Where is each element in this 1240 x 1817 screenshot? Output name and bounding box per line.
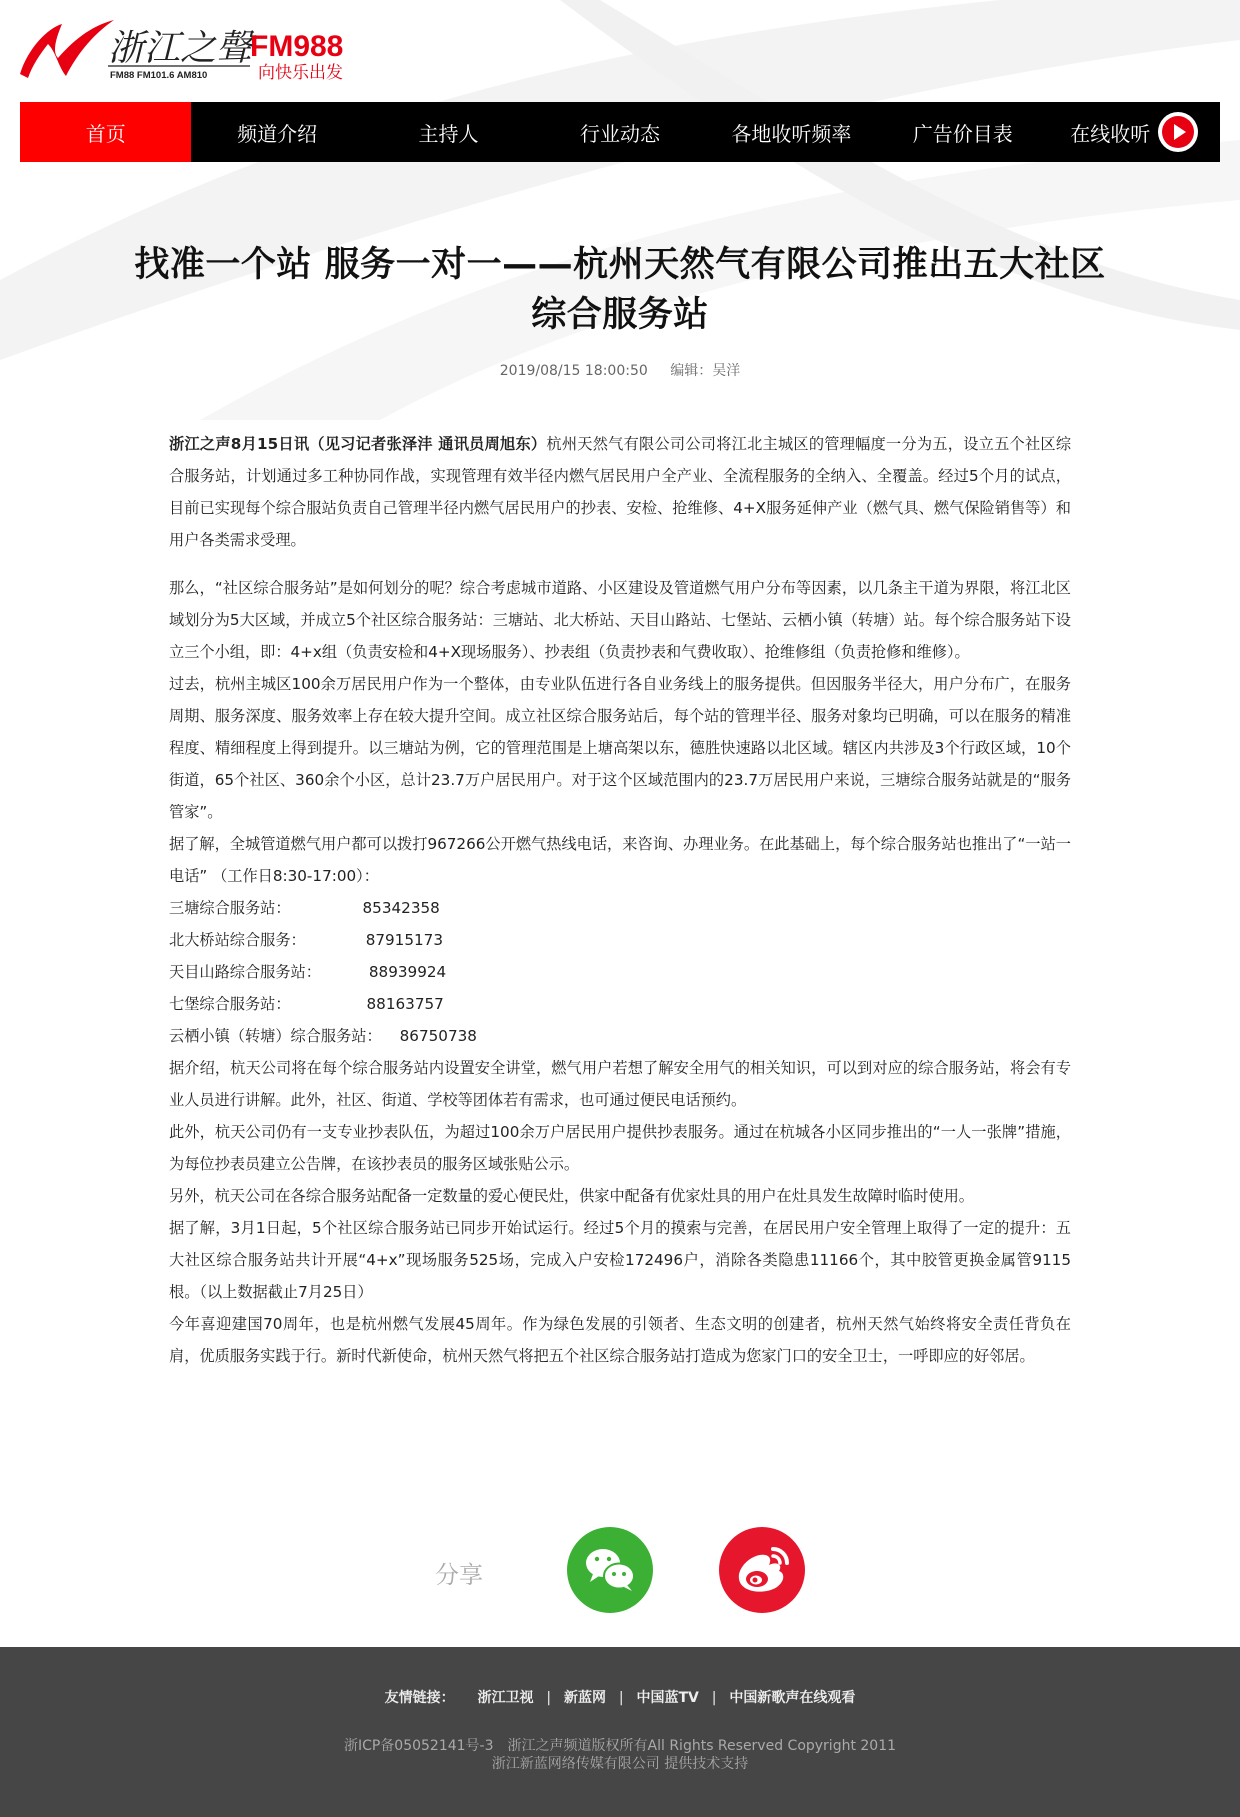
nav-item-industry-news[interactable]: 行业动态 bbox=[534, 102, 705, 162]
station-name: 云栖小镇（转塘）综合服务站： bbox=[169, 1020, 382, 1052]
paragraph: 浙江之声8月15日讯（见习记者张泽沣 通讯员周旭东）杭州天然气有限公司公司将江北… bbox=[169, 428, 1071, 556]
copyright: 浙ICP备05052141号-3 浙江之声频道版权所有All Rights Re… bbox=[0, 1737, 1240, 1773]
editor-name: 吴洋 bbox=[712, 363, 740, 379]
footer: 友情链接： 浙江卫视 | 新蓝网 | 中国蓝TV | 中国新歌声在线观看 浙IC… bbox=[0, 1647, 1240, 1817]
station-phone: 85342358 bbox=[363, 892, 440, 924]
station-phone: 88939924 bbox=[369, 956, 446, 988]
logo-fm-slogan: 向快乐出发 bbox=[258, 63, 343, 80]
share-label: 分享 bbox=[435, 1555, 483, 1590]
link-separator: | bbox=[712, 1690, 717, 1706]
station-name: 天目山路综合服务站： bbox=[169, 956, 321, 988]
paragraph: 今年喜迎建国70周年，也是杭州燃气发展45周年。作为绿色发展的引领者、生态文明的… bbox=[169, 1308, 1071, 1372]
nav-label: 主持人 bbox=[419, 118, 479, 147]
nav-item-hosts[interactable]: 主持人 bbox=[363, 102, 534, 162]
nav-label: 频道介绍 bbox=[237, 118, 317, 147]
station-phone: 87915173 bbox=[366, 924, 443, 956]
link-china-blue-tv[interactable]: 中国蓝TV bbox=[636, 1690, 698, 1706]
station-name: 三塘综合服务站： bbox=[169, 892, 291, 924]
play-circle-icon bbox=[1158, 112, 1198, 152]
nav-label: 首页 bbox=[86, 118, 126, 147]
link-zhejiang-tv[interactable]: 浙江卫视 bbox=[478, 1690, 534, 1706]
logo-frequencies: FM88 FM101.6 AM810 bbox=[110, 70, 207, 80]
phone-row: 三塘综合服务站：85342358 bbox=[169, 892, 1071, 924]
friend-links: 友情链接： 浙江卫视 | 新蓝网 | 中国蓝TV | 中国新歌声在线观看 bbox=[0, 1687, 1240, 1707]
link-separator: | bbox=[546, 1690, 551, 1706]
station-name: 七堡综合服务站： bbox=[169, 988, 291, 1020]
link-separator: | bbox=[619, 1690, 624, 1706]
main-nav: 首页 频道介绍 主持人 行业动态 各地收听频率 广告价目表 在线收听 bbox=[20, 102, 1220, 162]
copyright-line-2: 浙江新蓝网络传媒有限公司 提供技术支持 bbox=[0, 1755, 1240, 1773]
weibo-icon bbox=[719, 1527, 805, 1613]
phone-row: 北大桥站综合服务：87915173 bbox=[169, 924, 1071, 956]
site-logo[interactable]: 浙江之聲 FM88 FM101.6 AM810 FM988 向快乐出发 bbox=[18, 18, 368, 80]
link-cztv[interactable]: 新蓝网 bbox=[564, 1690, 606, 1706]
station-name: 北大桥站综合服务： bbox=[169, 924, 306, 956]
share-wechat-button[interactable] bbox=[567, 1527, 653, 1613]
nav-label: 各地收听频率 bbox=[731, 118, 851, 147]
nav-label: 行业动态 bbox=[580, 118, 660, 147]
paragraph: 此外，杭天公司仍有一支专业抄表队伍，为超过100余万户居民用户提供抄表服务。通过… bbox=[169, 1116, 1071, 1180]
station-phone: 88163757 bbox=[367, 988, 444, 1020]
phone-row: 七堡综合服务站：88163757 bbox=[169, 988, 1071, 1020]
article-datetime: 2019/08/15 18:00:50 bbox=[500, 363, 648, 379]
phone-row: 云栖小镇（转塘）综合服务站：86750738 bbox=[169, 1020, 1071, 1052]
station-phone: 86750738 bbox=[400, 1020, 477, 1052]
header: 浙江之聲 FM88 FM101.6 AM810 FM988 向快乐出发 bbox=[0, 0, 1240, 102]
share-section: 分享 bbox=[0, 1527, 1240, 1615]
article-meta: 2019/08/15 18:00:50 编辑：吴洋 bbox=[0, 360, 1240, 380]
paragraph: 据了解，全城管道燃气用户都可以拨打967266公开燃气热线电话，来咨询、办理业务… bbox=[169, 828, 1071, 892]
nav-item-home[interactable]: 首页 bbox=[20, 102, 191, 162]
share-weibo-button[interactable] bbox=[719, 1527, 805, 1613]
editor-label: 编辑： bbox=[670, 363, 712, 379]
article: 找准一个站 服务一对一——杭州天然气有限公司推出五大社区综合服务站 2019/0… bbox=[0, 240, 1240, 1372]
phone-row: 天目山路综合服务站：88939924 bbox=[169, 956, 1071, 988]
paragraph: 据了解，3月1日起，5个社区综合服务站已同步开始试运行。经过5个月的摸索与完善，… bbox=[169, 1212, 1071, 1308]
nav-item-channel-intro[interactable]: 频道介绍 bbox=[191, 102, 362, 162]
nav-label: 广告价目表 bbox=[913, 118, 1013, 147]
paragraph: 据介绍，杭天公司将在每个综合服务站内设置安全讲堂，燃气用户若想了解安全用气的相关… bbox=[169, 1052, 1071, 1116]
link-sing-china[interactable]: 中国新歌声在线观看 bbox=[729, 1690, 855, 1706]
nav-item-frequencies[interactable]: 各地收听频率 bbox=[706, 102, 877, 162]
paragraph: 过去，杭州主城区100余万居民用户作为一个整体，由专业队伍进行各自业务线上的服务… bbox=[169, 668, 1071, 828]
logo-fm-brand: FM988 bbox=[250, 30, 343, 63]
article-title: 找准一个站 服务一对一——杭州天然气有限公司推出五大社区综合服务站 bbox=[130, 240, 1110, 340]
nav-item-ad-prices[interactable]: 广告价目表 bbox=[877, 102, 1048, 162]
logo-main-text: 浙江之聲 bbox=[108, 28, 257, 69]
nav-item-listen-online[interactable]: 在线收听 bbox=[1049, 102, 1220, 162]
copyright-line-1: 浙ICP备05052141号-3 浙江之声频道版权所有All Rights Re… bbox=[0, 1737, 1240, 1755]
nav-label: 在线收听 bbox=[1070, 118, 1150, 147]
wechat-icon bbox=[567, 1527, 653, 1613]
paragraph: 另外，杭天公司在各综合服务站配备一定数量的爱心便民灶，供家中配备有优家灶具的用户… bbox=[169, 1180, 1071, 1212]
article-body: 浙江之声8月15日讯（见习记者张泽沣 通讯员周旭东）杭州天然气有限公司公司将江北… bbox=[169, 428, 1071, 1372]
paragraph: 那么，“社区综合服务站”是如何划分的呢？综合考虑城市道路、小区建设及管道燃气用户… bbox=[169, 572, 1071, 668]
lead-dateline: 浙江之声8月15日讯（见习记者张泽沣 通讯员周旭东） bbox=[169, 435, 546, 453]
friend-links-label: 友情链接： bbox=[385, 1690, 455, 1706]
